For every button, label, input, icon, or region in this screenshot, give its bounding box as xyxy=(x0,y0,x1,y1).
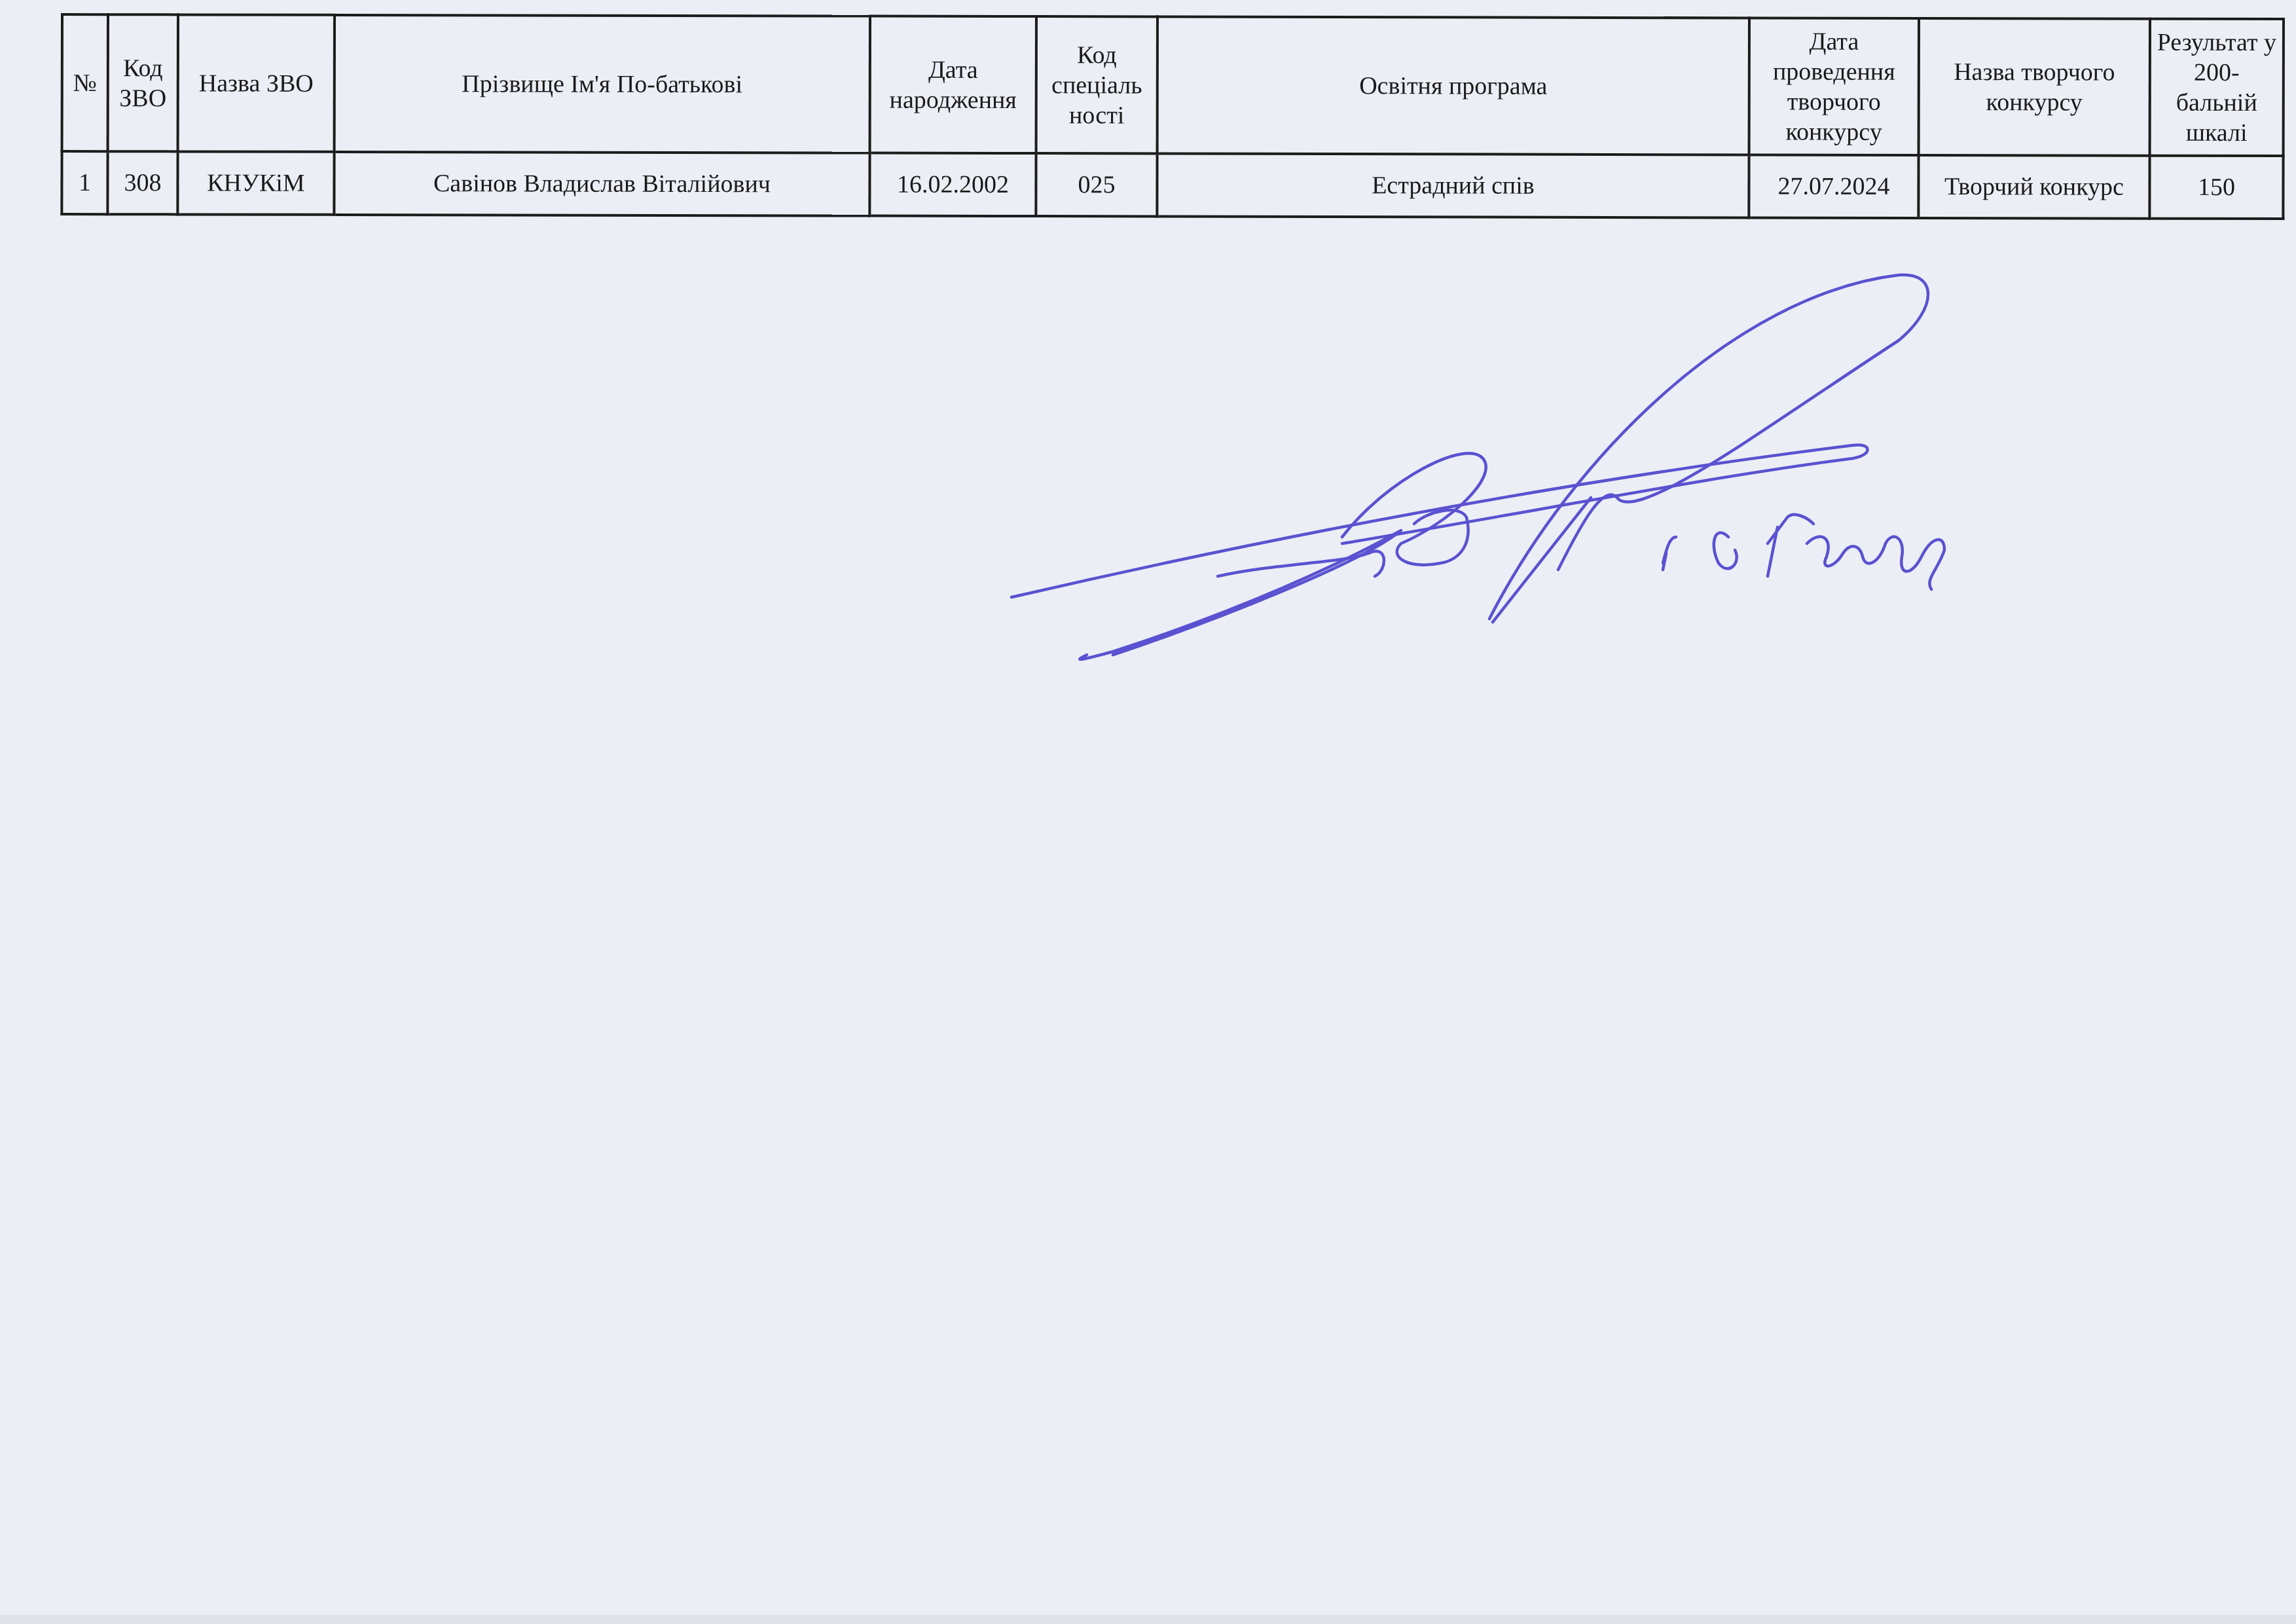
header-number: № xyxy=(62,14,108,151)
cell-contest-date: 27.07.2024 xyxy=(1749,155,1918,218)
cell-result: 150 xyxy=(2149,156,2283,219)
cell-birth-date: 16.02.2002 xyxy=(869,153,1036,217)
cell-contest-name: Творчий конкурс xyxy=(1918,155,2149,219)
cell-full-name: Савінов Владислав Віталійович xyxy=(334,152,869,216)
header-result: Результат у 200-бальній шкалі xyxy=(2150,19,2284,156)
header-full-name: Прізвище Ім'я По-батькові xyxy=(335,15,870,153)
cell-program: Естрадний спів xyxy=(1157,154,1749,218)
header-birth-date: Дата народження xyxy=(870,16,1036,154)
signature-icon xyxy=(0,0,2296,1624)
header-institution-name: Назва ЗВО xyxy=(178,14,335,152)
header-contest-date: Дата проведення творчого конкурсу xyxy=(1749,18,1919,155)
header-specialty-code: Код спеціаль ності xyxy=(1036,16,1157,153)
table-header-row: № Код ЗВО Назва ЗВО Прізвище Ім'я По-бат… xyxy=(62,14,2284,156)
cell-number: 1 xyxy=(62,151,107,214)
cell-institution-code: 308 xyxy=(107,151,177,214)
scan-edge xyxy=(0,1615,2296,1624)
header-institution-code: Код ЗВО xyxy=(108,14,178,151)
header-contest-name: Назва творчого конкурсу xyxy=(1919,18,2150,156)
results-table: № Код ЗВО Назва ЗВО Прізвище Ім'я По-бат… xyxy=(60,13,2285,220)
table-row: 1 308 КНУКіМ Савінов Владислав Віталійов… xyxy=(62,151,2283,219)
header-program: Освітня програма xyxy=(1157,17,1749,155)
cell-institution-name: КНУКіМ xyxy=(177,151,334,215)
cell-specialty-code: 025 xyxy=(1036,153,1157,216)
